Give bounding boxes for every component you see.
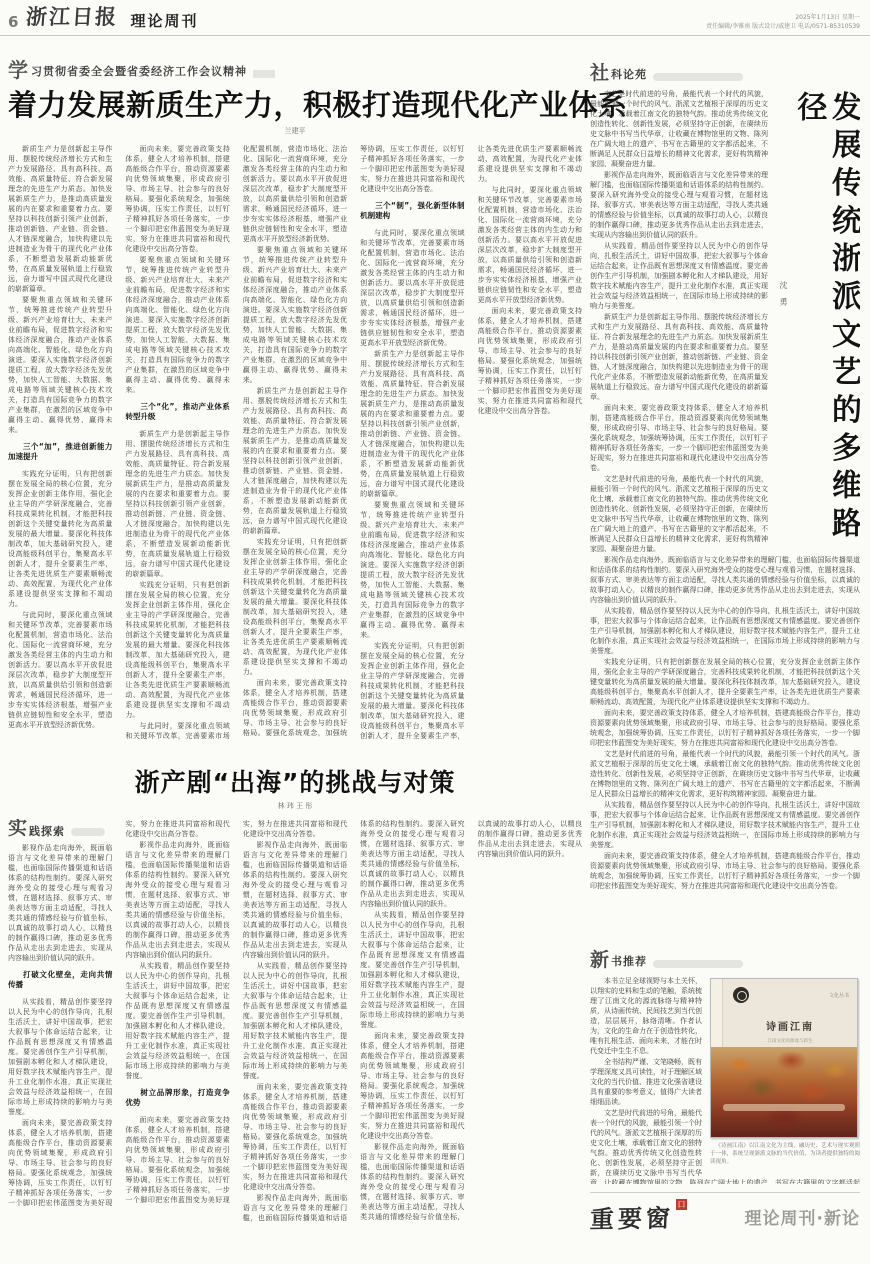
book-cover-image: 文化丛书 诗画江南 江南文化的源流与新生 — [710, 978, 858, 1138]
article-headline: 发展传统浙派文艺的多维路径 — [791, 91, 860, 543]
rubric-bar — [653, 960, 743, 968]
body-paragraph: 从实践看，精品创作要坚持以人民为中心的创作导向，扎根生活沃土，讲好中国故事，把宏… — [243, 961, 347, 1081]
body-paragraph: 实践充分证明，只有把创新摆在发展全局的核心位置，充分发挥企业创新主体作用，强化企… — [125, 580, 229, 720]
body-paragraph: 要聚焦重点领域和关键环节，统筹推进传统产业转型升级、新兴产业培育壮大、未来产业前… — [125, 255, 229, 395]
article-byline: 沈 勇 — [778, 281, 788, 543]
article-subhead: 三个“化”，推动产业体系转型升级 — [125, 402, 229, 422]
book-recommendation-section: 新 书推荐 文化丛书 诗画江南 江南文化的源流与新生 《诗画江南》以江南文化为主… — [590, 951, 860, 1184]
kicker-text: 习贯彻省委全会暨省委经济工作会议精神 — [31, 63, 247, 79]
article-headline: 着力发展新质生产力，积极打造现代化产业体系 — [8, 88, 582, 123]
body-paragraph: 面向未来，要完善政策支持体系，健全人才培养机制，搭建高能级合作平台，推动资源要素… — [243, 1082, 347, 1192]
body-paragraph: 从实践看，精品创作要坚持以人民为中心的创作导向，扎根生活沃土，讲好中国故事，把宏… — [125, 961, 229, 1081]
body-paragraph: 影视作品走向海外，既面临语言与文化差异带来的理解门槛，也面临国际传播渠道和话语体… — [243, 840, 347, 960]
calligraphy-slogan: 重要窗 — [589, 1198, 674, 1234]
page-header: 6 浙江日报 理论周刊 2025年1月13日 星期一 责任编辑/李雅南 版式设计… — [0, 0, 870, 36]
red-seal-icon: 口 — [676, 1199, 687, 1210]
article-zhepai-art: 沈 勇 发展传统浙派文艺的多维路径 文艺是时代前进的号角，最能代表一个时代的风貌… — [590, 89, 860, 941]
body-paragraph: 面向未来，要完善政策支持体系，健全人才培养机制，搭建高能级合作平台，推动资源要素… — [125, 144, 229, 254]
article-kicker: 学 习贯彻省委全会暨省委经济工作会议精神 — [8, 60, 582, 80]
body-paragraph: 与此同时，要深化重点领域和关键环节改革，完善要素市场化配置机制，营造市场化、法治… — [478, 185, 582, 305]
body-paragraph: 从实践看，精品创作要坚持以人民为中心的创作导向，扎根生活沃土，讲好中国故事，把宏… — [360, 910, 464, 1030]
article-new-productive-forces: 学 习贯彻省委全会暨省委经济工作会议精神 着力发展新质生产力，积极打造现代化产业… — [8, 60, 582, 744]
book-subtitle: 江南文化的源流与新生 — [723, 1037, 857, 1047]
body-paragraph: 新质生产力是创新起主导作用、摆脱传统经济增长方式和生产力发展路径、具有高科技、高… — [243, 386, 347, 536]
date-line: 2025年1月13日 星期一 — [706, 13, 860, 22]
publisher-emblem-icon — [733, 987, 749, 1003]
body-paragraph: 要聚焦重点领域和关键环节，统筹推进传统产业转型升级、新兴产业培育壮大、未来产业前… — [8, 295, 112, 435]
rubric-text: 科论苑 — [611, 66, 647, 82]
vertical-headline-block: 沈 勇 发展传统浙派文艺的多维路径 — [778, 91, 860, 543]
section-rubric-new-books: 新 书推荐 — [590, 951, 860, 970]
kicker-bar — [253, 70, 275, 78]
rubric-bar — [71, 828, 105, 836]
rubric-text: 践探索 — [29, 827, 65, 837]
body-paragraph: 面向未来，要完善政策支持体系，健全人才培养机制，搭建高能级合作平台，推动资源要素… — [590, 851, 860, 891]
article-subhead: 三个“加”，推进创新能力加速提升 — [8, 442, 112, 462]
article-byline: 林 玮 王 彤 — [8, 801, 582, 811]
body-paragraph: 从实践看，精品创作要坚持以人民为中心的创作导向，扎根生活沃土，讲好中国故事，把宏… — [590, 800, 860, 850]
weekly-brand-label: 理论周刊·新论 — [745, 1204, 860, 1229]
body-paragraph: 实践充分证明，只有把创新摆在发展全局的核心位置，充分发挥企业创新主体作用，强化企… — [243, 537, 347, 677]
body-paragraph: 实践充分证明，只有把创新摆在发展全局的核心位置，充分发挥企业创新主体作用，强化企… — [590, 657, 860, 707]
rubric-bar — [653, 73, 743, 81]
article-byline: 兰建平 — [8, 126, 582, 136]
header-meta: 2025年1月13日 星期一 责任编辑/李雅南 版式设计/戚建卫 电话/0571… — [706, 13, 860, 31]
body-paragraph: 面向未来，要完善政策支持体系，健全人才培养机制，搭建高能级合作平台，推动资源要素… — [478, 306, 582, 416]
article-zhejiang-drama: 浙产剧“出海”的挑战与对策 林 玮 王 彤 实 践探索 影视作品走向海外，既面临… — [8, 768, 582, 1223]
book-series-label: 文化丛书 — [829, 991, 849, 1001]
body-paragraph: 面向未来，要完善政策支持体系，健全人才培养机制，搭建高能级合作平台，推动资源要素… — [590, 708, 860, 748]
column-footer: 重要窗 口 理论周刊·新论 — [590, 1192, 860, 1234]
kicker-dropcap: 学 — [8, 60, 28, 80]
book-title: 诗画江南 — [723, 1023, 857, 1033]
article-headline: 浙产剧“出海”的挑战与对策 — [8, 768, 582, 798]
body-paragraph: 要聚焦重点领域和关键环节，统筹推进传统产业转型升级、新兴产业培育壮大、未来产业前… — [360, 500, 464, 640]
body-paragraph: 文艺是时代前进的号角，最能代表一个时代的风貌，最能引领一个时代的风气。浙派文艺植… — [590, 749, 860, 799]
book-cover-painting — [711, 1047, 857, 1137]
main-column: 学 习贯彻省委全会暨省委经济工作会议精神 着力发展新质生产力，积极打造现代化产业… — [8, 36, 582, 1234]
article-body: 实 践探索 影视作品走向海外，既面临语言与文化差异带来的理解门槛，也面临国际传播… — [8, 819, 582, 1223]
body-paragraph: 新质生产力是创新起主导作用、摆脱传统经济增长方式和生产力发展路径、具有高科技、高… — [360, 349, 464, 499]
body-paragraph: 影视作品走向海外，既面临语言与文化差异带来的理解门槛，也面临国际传播渠道和话语体… — [8, 843, 112, 963]
book-caption: 《诗画江南》以江南文化为主线，融历史、艺术与现实观照于一体，系统呈现浙派文脉的当… — [710, 1142, 860, 1166]
section-rubric-social-science: 社 科论苑 — [590, 64, 860, 83]
newspaper-masthead: 浙江日报 — [25, 1, 119, 31]
article-subhead: 树立品牌形象，打造竞争优势 — [125, 1088, 229, 1108]
book-block: 文化丛书 诗画江南 江南文化的源流与新生 《诗画江南》以江南文化为主线，融历史、… — [710, 978, 860, 1166]
body-paragraph: 影视作品走向海外，既面临语言与文化差异带来的理解门槛，也面临国际传播渠道和话语体… — [125, 840, 229, 960]
body-paragraph: 新质生产力是创新起主导作用、摆脱传统经济增长方式和生产力发展路径、具有高科技、高… — [8, 144, 112, 294]
rubric-dropcap: 实 — [8, 819, 27, 838]
body-paragraph: 从实践看，精品创作要坚持以人民为中心的创作导向，扎根生活沃土，讲好中国故事，把宏… — [590, 606, 860, 656]
newspaper-sheet: 学 习贯彻省委全会暨省委经济工作会议精神 着力发展新质生产力，积极打造现代化产业… — [0, 36, 870, 1234]
staff-line: 责任编辑/李雅南 版式设计/戚建卫 电话/0571-85310539 — [706, 22, 860, 31]
article-body: 新质生产力是创新起主导作用、摆脱传统经济增长方式和生产力发展路径、具有高科技、高… — [8, 144, 582, 744]
body-paragraph: 实践充分证明，只有把创新摆在发展全局的核心位置，充分发挥企业创新主体作用，强化企… — [8, 469, 112, 609]
rubric-dropcap: 新 — [590, 951, 609, 970]
right-column: 社 科论苑 沈 勇 发展传统浙派文艺的多维路径 文艺是时代前进的号角，最能代表一… — [590, 36, 860, 1234]
rubric-text: 书推荐 — [611, 953, 647, 969]
body-paragraph: 新质生产力是创新起主导作用、摆脱传统经济增长方式和生产力发展路径、具有高科技、高… — [125, 429, 229, 579]
body-paragraph: 面向未来，要完善政策支持体系，健全人才培养机制，搭建高能级合作平台，推动资源要素… — [360, 1031, 464, 1141]
rubric-dropcap: 社 — [590, 64, 609, 83]
book-review-body: 文化丛书 诗画江南 江南文化的源流与新生 《诗画江南》以江南文化为主线，融历史、… — [590, 976, 860, 1184]
article-subhead: 三个“制”，强化新型体制机制建构 — [360, 201, 464, 221]
body-paragraph: 影视作品走向海外，既面临语言与文化差异带来的理解门槛，也面临国际传播渠道和话语体… — [590, 555, 860, 605]
page-number: 6 — [8, 13, 18, 31]
body-paragraph: 要聚焦重点领域和关键环节，统筹推进传统产业转型升级、新兴产业培育壮大、未来产业前… — [243, 245, 347, 385]
section-rubric: 实 践探索 — [8, 819, 112, 838]
edition-title: 理论周刊 — [130, 10, 198, 31]
body-paragraph: 从实践看，精品创作要坚持以人民为中心的创作导向，扎根生活沃土，讲好中国故事，把宏… — [8, 997, 112, 1117]
article-subhead: 打破文化壁垒，走向共情传播 — [8, 970, 112, 990]
body-paragraph: 与此同时，要深化重点领域和关键环节改革，完善要素市场化配置机制，营造市场化、法治… — [8, 610, 112, 730]
body-paragraph: 与此同时，要深化重点领域和关键环节改革，完善要素市场化配置机制，营造市场化、法治… — [360, 228, 464, 348]
